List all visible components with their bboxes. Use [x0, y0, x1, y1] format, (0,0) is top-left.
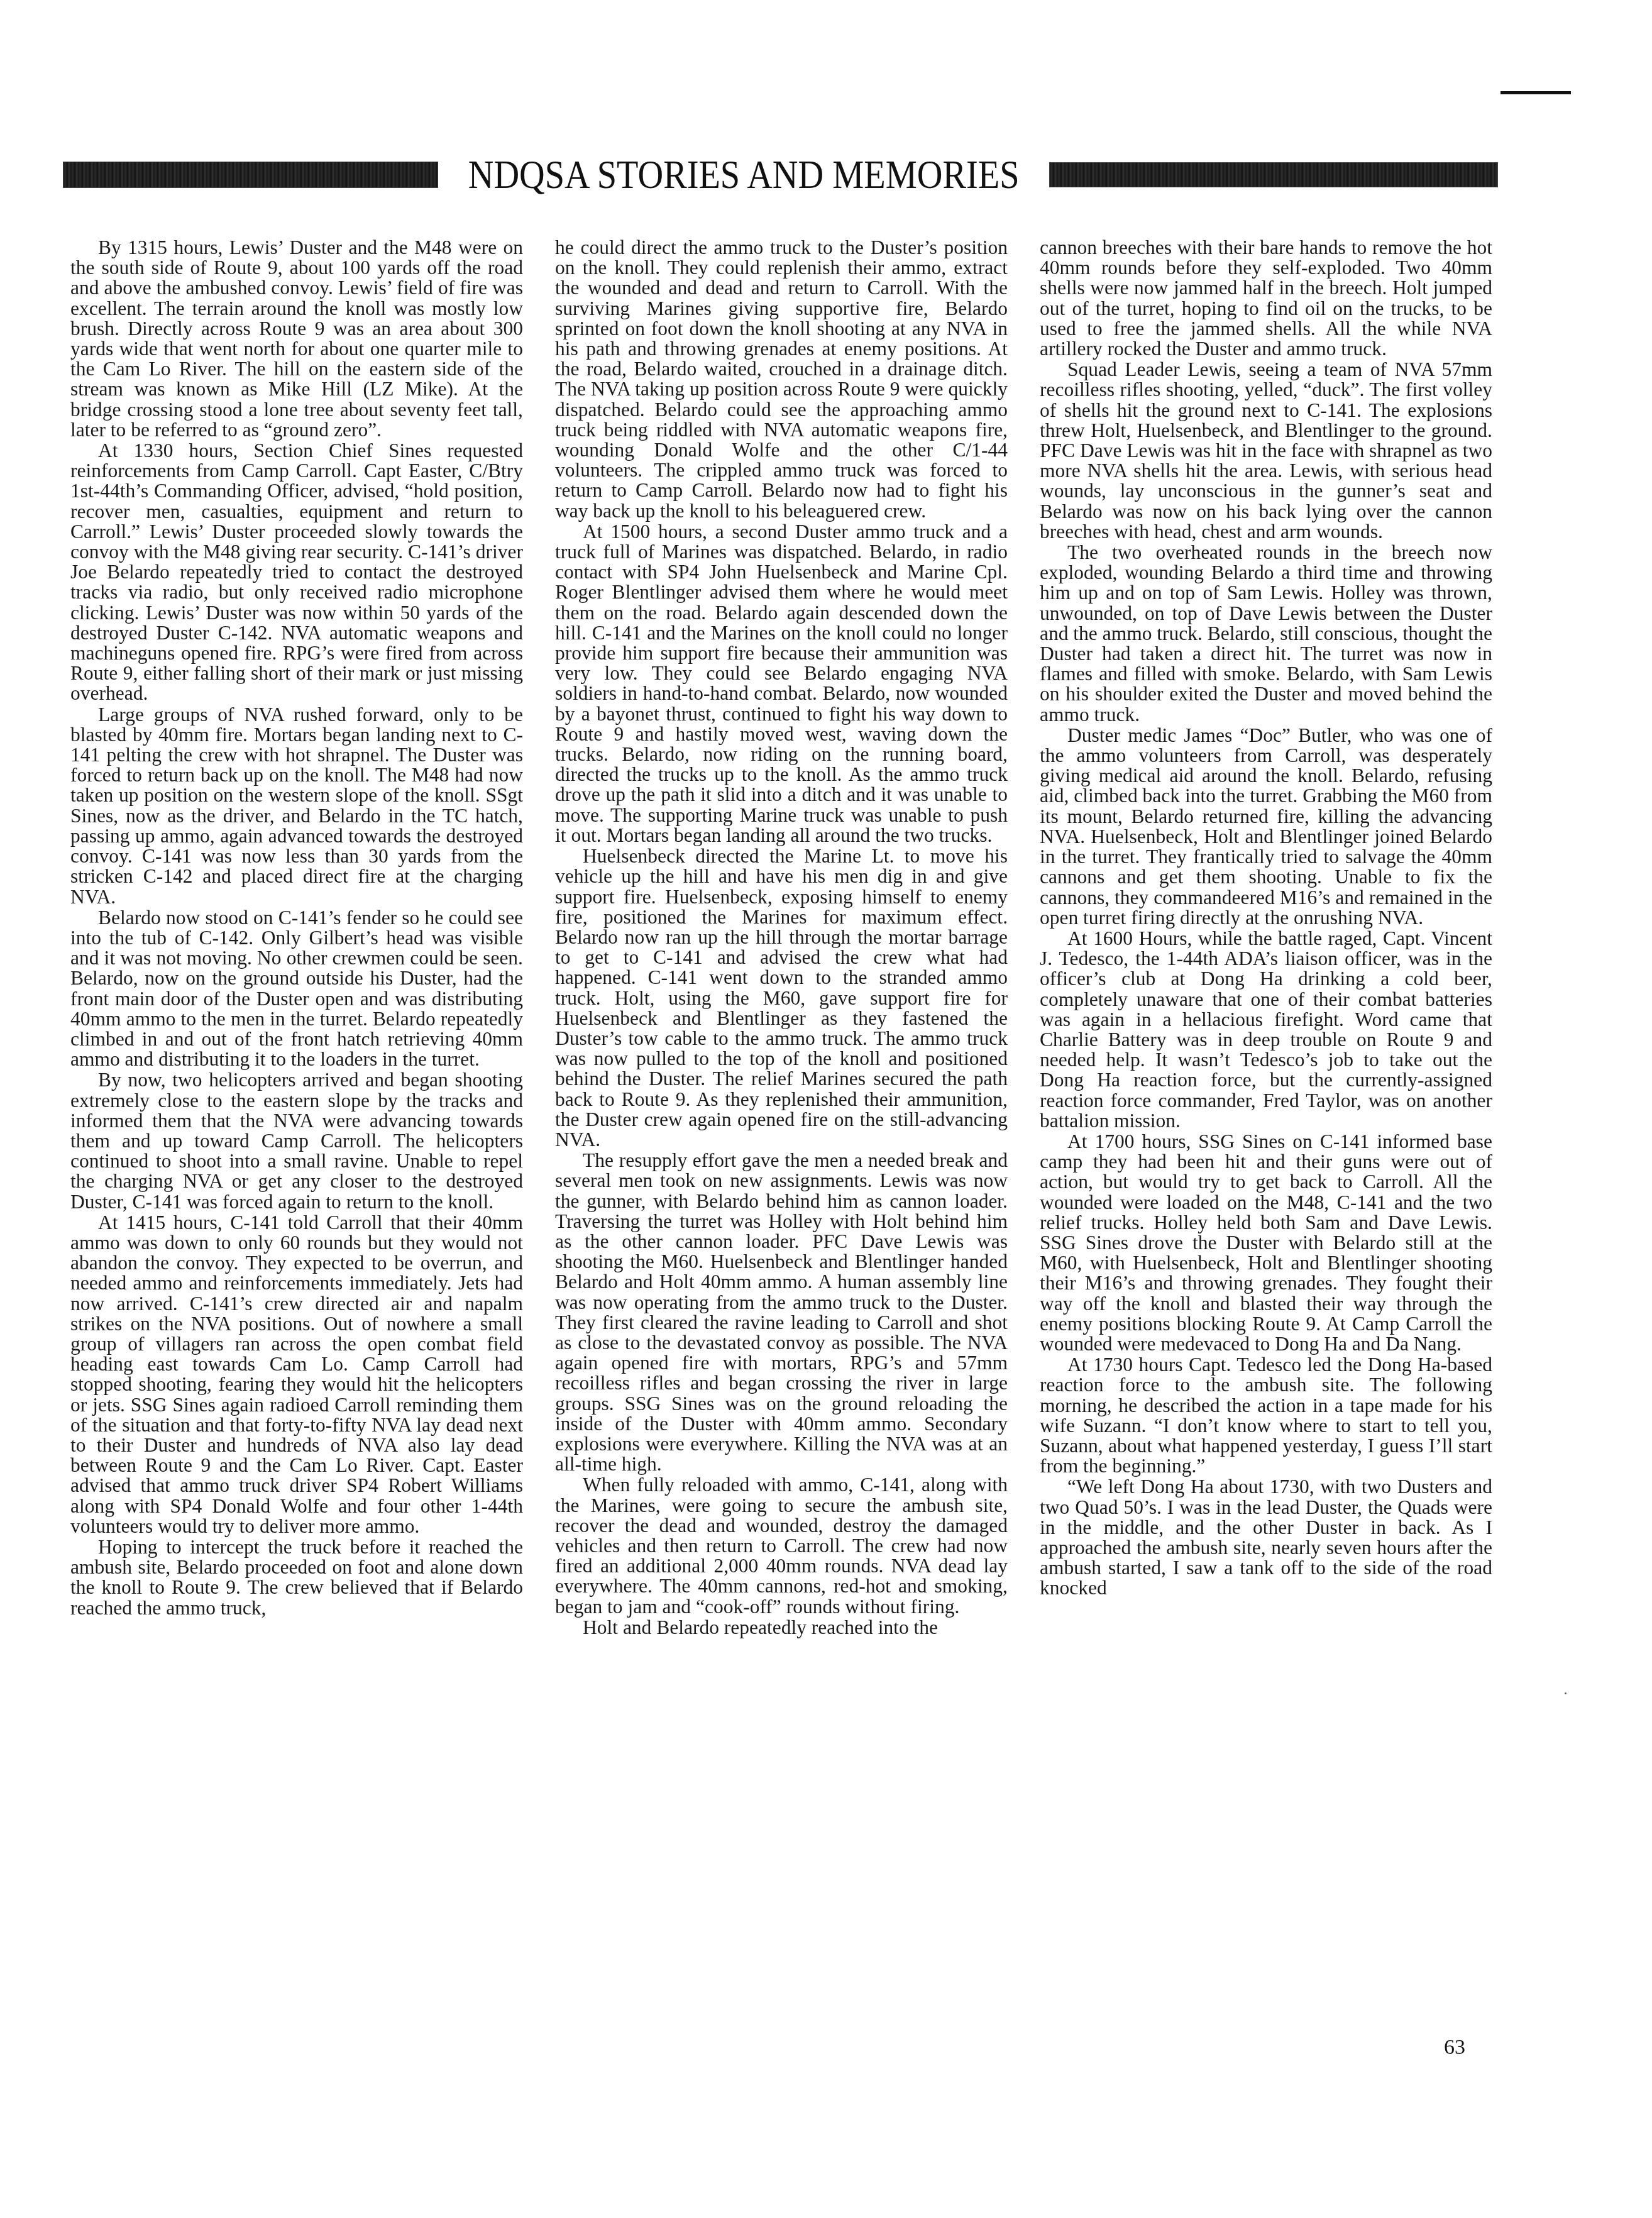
paragraph: At 1330 hours, Section Chief Sines reque… — [70, 441, 523, 704]
paragraph: Hoping to intercept the truck before it … — [70, 1537, 523, 1618]
paragraph: he could direct the ammo truck to the Du… — [555, 238, 1008, 521]
paragraph: By 1315 hours, Lewis’ Duster and the M48… — [70, 238, 523, 440]
paragraph: By now, two helicopters arrived and bega… — [70, 1070, 523, 1211]
paragraph: Huelsenbeck directed the Marine Lt. to m… — [555, 846, 1008, 1150]
paragraph: At 1730 hours Capt. Tedesco led the Dong… — [1040, 1355, 1492, 1476]
paragraph: At 1500 hours, a second Duster ammo truc… — [555, 522, 1008, 846]
paragraph: The resupply effort gave the men a neede… — [555, 1150, 1008, 1474]
banner-bar-left — [63, 162, 438, 188]
paragraph: At 1700 hours, SSG Sines on C-141 inform… — [1040, 1132, 1492, 1354]
section-title: NDQSA STORIES AND MEMORIES — [468, 156, 1020, 194]
banner-bar-right — [1049, 162, 1498, 187]
column-3: cannon breeches with their bare hands to… — [1040, 238, 1492, 1638]
column-1: By 1315 hours, Lewis’ Duster and the M48… — [70, 238, 523, 1638]
paragraph: Large groups of NVA rushed forward, only… — [70, 705, 523, 907]
article-body: By 1315 hours, Lewis’ Duster and the M48… — [70, 238, 1492, 1638]
top-rule-line — [1501, 91, 1571, 94]
paragraph: When fully reloaded with ammo, C-141, al… — [555, 1475, 1008, 1616]
paragraph: The two overheated rounds in the breech … — [1040, 543, 1492, 725]
paragraph: Belardo now stood on C-141’s fender so h… — [70, 908, 523, 1070]
scan-speck — [1565, 1692, 1567, 1694]
paragraph: Squad Leader Lewis, seeing a team of NVA… — [1040, 360, 1492, 542]
paragraph: cannon breeches with their bare hands to… — [1040, 238, 1492, 359]
paragraph: Duster medic James “Doc” Butler, who was… — [1040, 726, 1492, 928]
column-2: he could direct the ammo truck to the Du… — [555, 238, 1008, 1638]
page-number: 63 — [1444, 2036, 1465, 2060]
section-banner: NDQSA STORIES AND MEMORIES — [63, 156, 1498, 194]
paragraph: “We left Dong Ha about 1730, with two Du… — [1040, 1477, 1492, 1598]
paragraph: Holt and Belardo repeatedly reached into… — [555, 1618, 1008, 1638]
paragraph: At 1600 Hours, while the battle raged, C… — [1040, 929, 1492, 1131]
paragraph: At 1415 hours, C-141 told Carroll that t… — [70, 1213, 523, 1537]
